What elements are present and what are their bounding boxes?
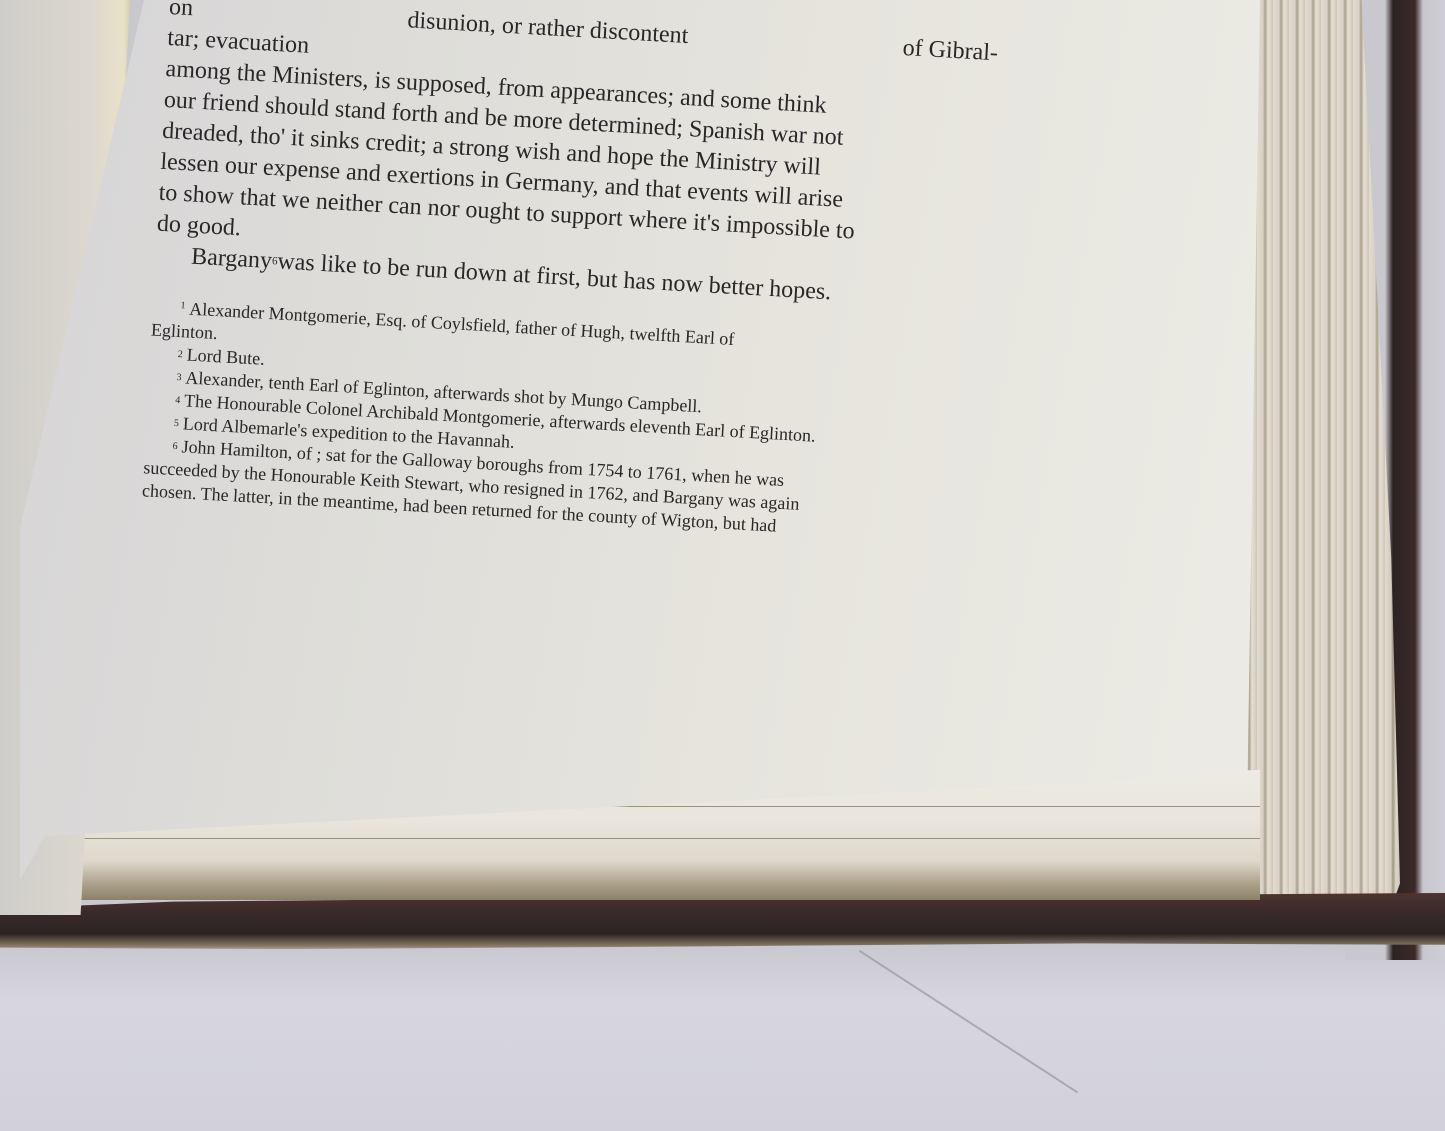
footnotes: 1Alexander Montgomerie, Esq. of Coylsfie… xyxy=(141,293,981,549)
book-page: on disunion, or rather discontent of Gib… xyxy=(20,0,1260,880)
page-text: on disunion, or rather discontent of Gib… xyxy=(141,0,998,549)
photo-scene: on disunion, or rather discontent of Gib… xyxy=(0,0,1445,1131)
table-surface xyxy=(0,930,1445,1131)
